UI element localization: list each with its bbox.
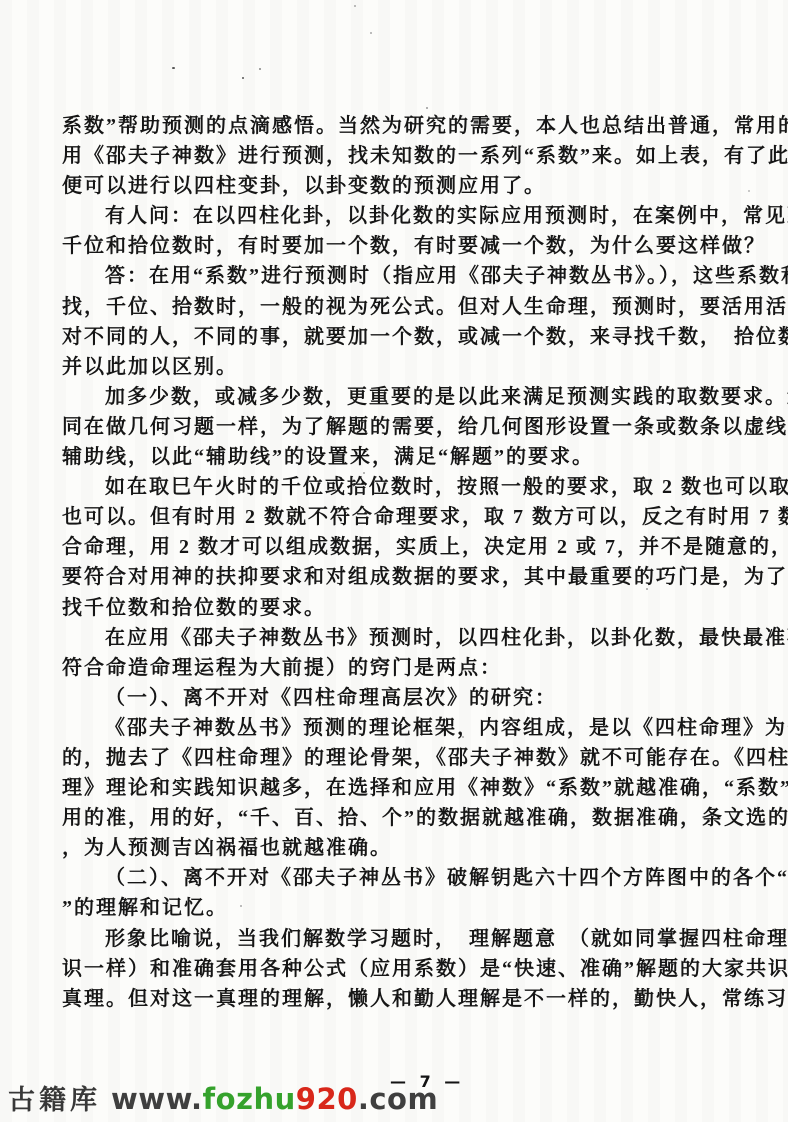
scan-speck bbox=[240, 905, 242, 907]
text-line: 合命理，用 2 数才可以组成数据，实质上，决定用 2 或 7，并不是随意的，而是 bbox=[62, 532, 738, 562]
text-line: 真理。但对这一真理的理解，懒人和勤人理解是不一样的，勤快人，常练习题， bbox=[62, 984, 738, 1014]
scan-speck bbox=[748, 190, 750, 192]
text-line: 找千位数和拾位数的要求。 bbox=[62, 593, 738, 623]
scan-speck bbox=[172, 67, 175, 69]
text-line: 《邵夫子神数丛书》预测的理论框架，内容组成，是以《四柱命理》为骨架 bbox=[62, 713, 738, 743]
watermark-url-green: fozhu bbox=[203, 1082, 296, 1116]
text-line: 辅助线，以此“辅助线”的设置来，满足“解题”的要求。 bbox=[62, 442, 738, 472]
watermark-site-name: 古籍库 bbox=[8, 1078, 101, 1117]
text-line: 同在做几何习题一样，为了解题的需要，给几何图形设置一条或数条以虚线形式 bbox=[62, 412, 738, 442]
text-line: 有人问：在以四柱化卦，以卦化数的实际应用预测时，在案例中，常见到找 bbox=[62, 201, 738, 231]
scan-speck bbox=[363, 472, 365, 474]
page-text: 系数”帮助预测的点滴感悟。当然为研究的需要，本人也总结出普通，常用的应用《邵夫子… bbox=[62, 111, 738, 1014]
text-line: 便可以进行以四柱变卦，以卦变数的预测应用了。 bbox=[62, 171, 738, 201]
text-line: 系数”帮助预测的点滴感悟。当然为研究的需要，本人也总结出普通，常用的应 bbox=[62, 111, 738, 141]
scanned-book-page: 系数”帮助预测的点滴感悟。当然为研究的需要，本人也总结出普通，常用的应用《邵夫子… bbox=[0, 0, 788, 1122]
text-line: 理》理论和实践知识越多，在选择和应用《神数》“系数”就越准确，“系数” bbox=[62, 773, 738, 803]
text-line: 在应用《邵夫子神数丛书》预测时，以四柱化卦，以卦化数，最快最准确（ bbox=[62, 623, 738, 653]
scan-speck bbox=[700, 283, 702, 285]
scan-speck bbox=[462, 736, 464, 738]
text-line: 识一样）和准确套用各种公式（应用系数）是“快速、准确”解题的大家共识的 bbox=[62, 954, 738, 984]
text-line: 并以此加以区别。 bbox=[62, 352, 738, 382]
watermark-url-suffix: .com bbox=[358, 1082, 438, 1116]
text-line: 也可以。但有时用 2 数就不符合命理要求，取 7 数方可以，反之有时用 7 数不… bbox=[62, 502, 738, 532]
watermark-url: www.fozhu920.com bbox=[111, 1082, 438, 1116]
text-line: 形象比喻说，当我们解数学习题时， 理解题意 （就如同掌握四柱命理知 bbox=[62, 924, 738, 954]
scan-speck bbox=[426, 107, 428, 109]
scan-speck bbox=[242, 77, 244, 79]
scan-speck bbox=[370, 32, 372, 34]
text-line: 对不同的人，不同的事，就要加一个数，或减一个数，来寻找千数， 拾位数、 bbox=[62, 322, 738, 352]
watermark-url-prefix: www. bbox=[111, 1082, 203, 1116]
text-line: 用《邵夫子神数》进行预测，找未知数的一系列“系数”来。如上表，有了此表 bbox=[62, 141, 738, 171]
text-line: 找，千位、拾数时，一般的视为死公式。但对人生命理，预测时，要活用活断， bbox=[62, 292, 738, 322]
text-line: 要符合对用神的扶抑要求和对组成数据的要求，其中最重要的巧门是，为了满足 bbox=[62, 562, 738, 592]
scan-speck bbox=[259, 68, 261, 70]
watermark: 古籍库www.fozhu920.com bbox=[8, 1078, 438, 1117]
text-line: 如在取巳午火时的千位或拾位数时，按照一般的要求，取 2 数也可以取 7 数 bbox=[62, 472, 738, 502]
text-line: ，为人预测吉凶祸福也就越准确。 bbox=[62, 833, 738, 863]
text-line: ”的理解和记忆。 bbox=[62, 893, 738, 923]
text-line: 答：在用“系数”进行预测时（指应用《邵夫子神数丛书》。），这些系数和 bbox=[62, 261, 738, 291]
watermark-url-red: 920 bbox=[296, 1082, 358, 1116]
text-line: 千位和拾位数时，有时要加一个数，有时要减一个数，为什么要这样做？ bbox=[62, 231, 738, 261]
text-line: 用的准，用的好，“千、百、拾、个”的数据就越准确，数据准确，条文选的准 bbox=[62, 803, 738, 833]
text-line: 加多少数，或减多少数，更重要的是以此来满足预测实践的取数要求。这如 bbox=[62, 382, 738, 412]
scan-speck bbox=[354, 5, 356, 7]
text-line: 符合命造命理运程为大前提）的窍门是两点： bbox=[62, 653, 738, 683]
scan-speck bbox=[646, 588, 648, 590]
text-line: （二）、离不开对《邵夫子神丛书》破解钥匙六十四个方阵图中的各个“系数 bbox=[62, 863, 738, 893]
text-line: 的，抛去了《四柱命理》的理论骨架，《邵夫子神数》就不可能存在。《四柱命 bbox=[62, 743, 738, 773]
text-line: （一）、离不开对《四柱命理高层次》的研究： bbox=[62, 683, 738, 713]
